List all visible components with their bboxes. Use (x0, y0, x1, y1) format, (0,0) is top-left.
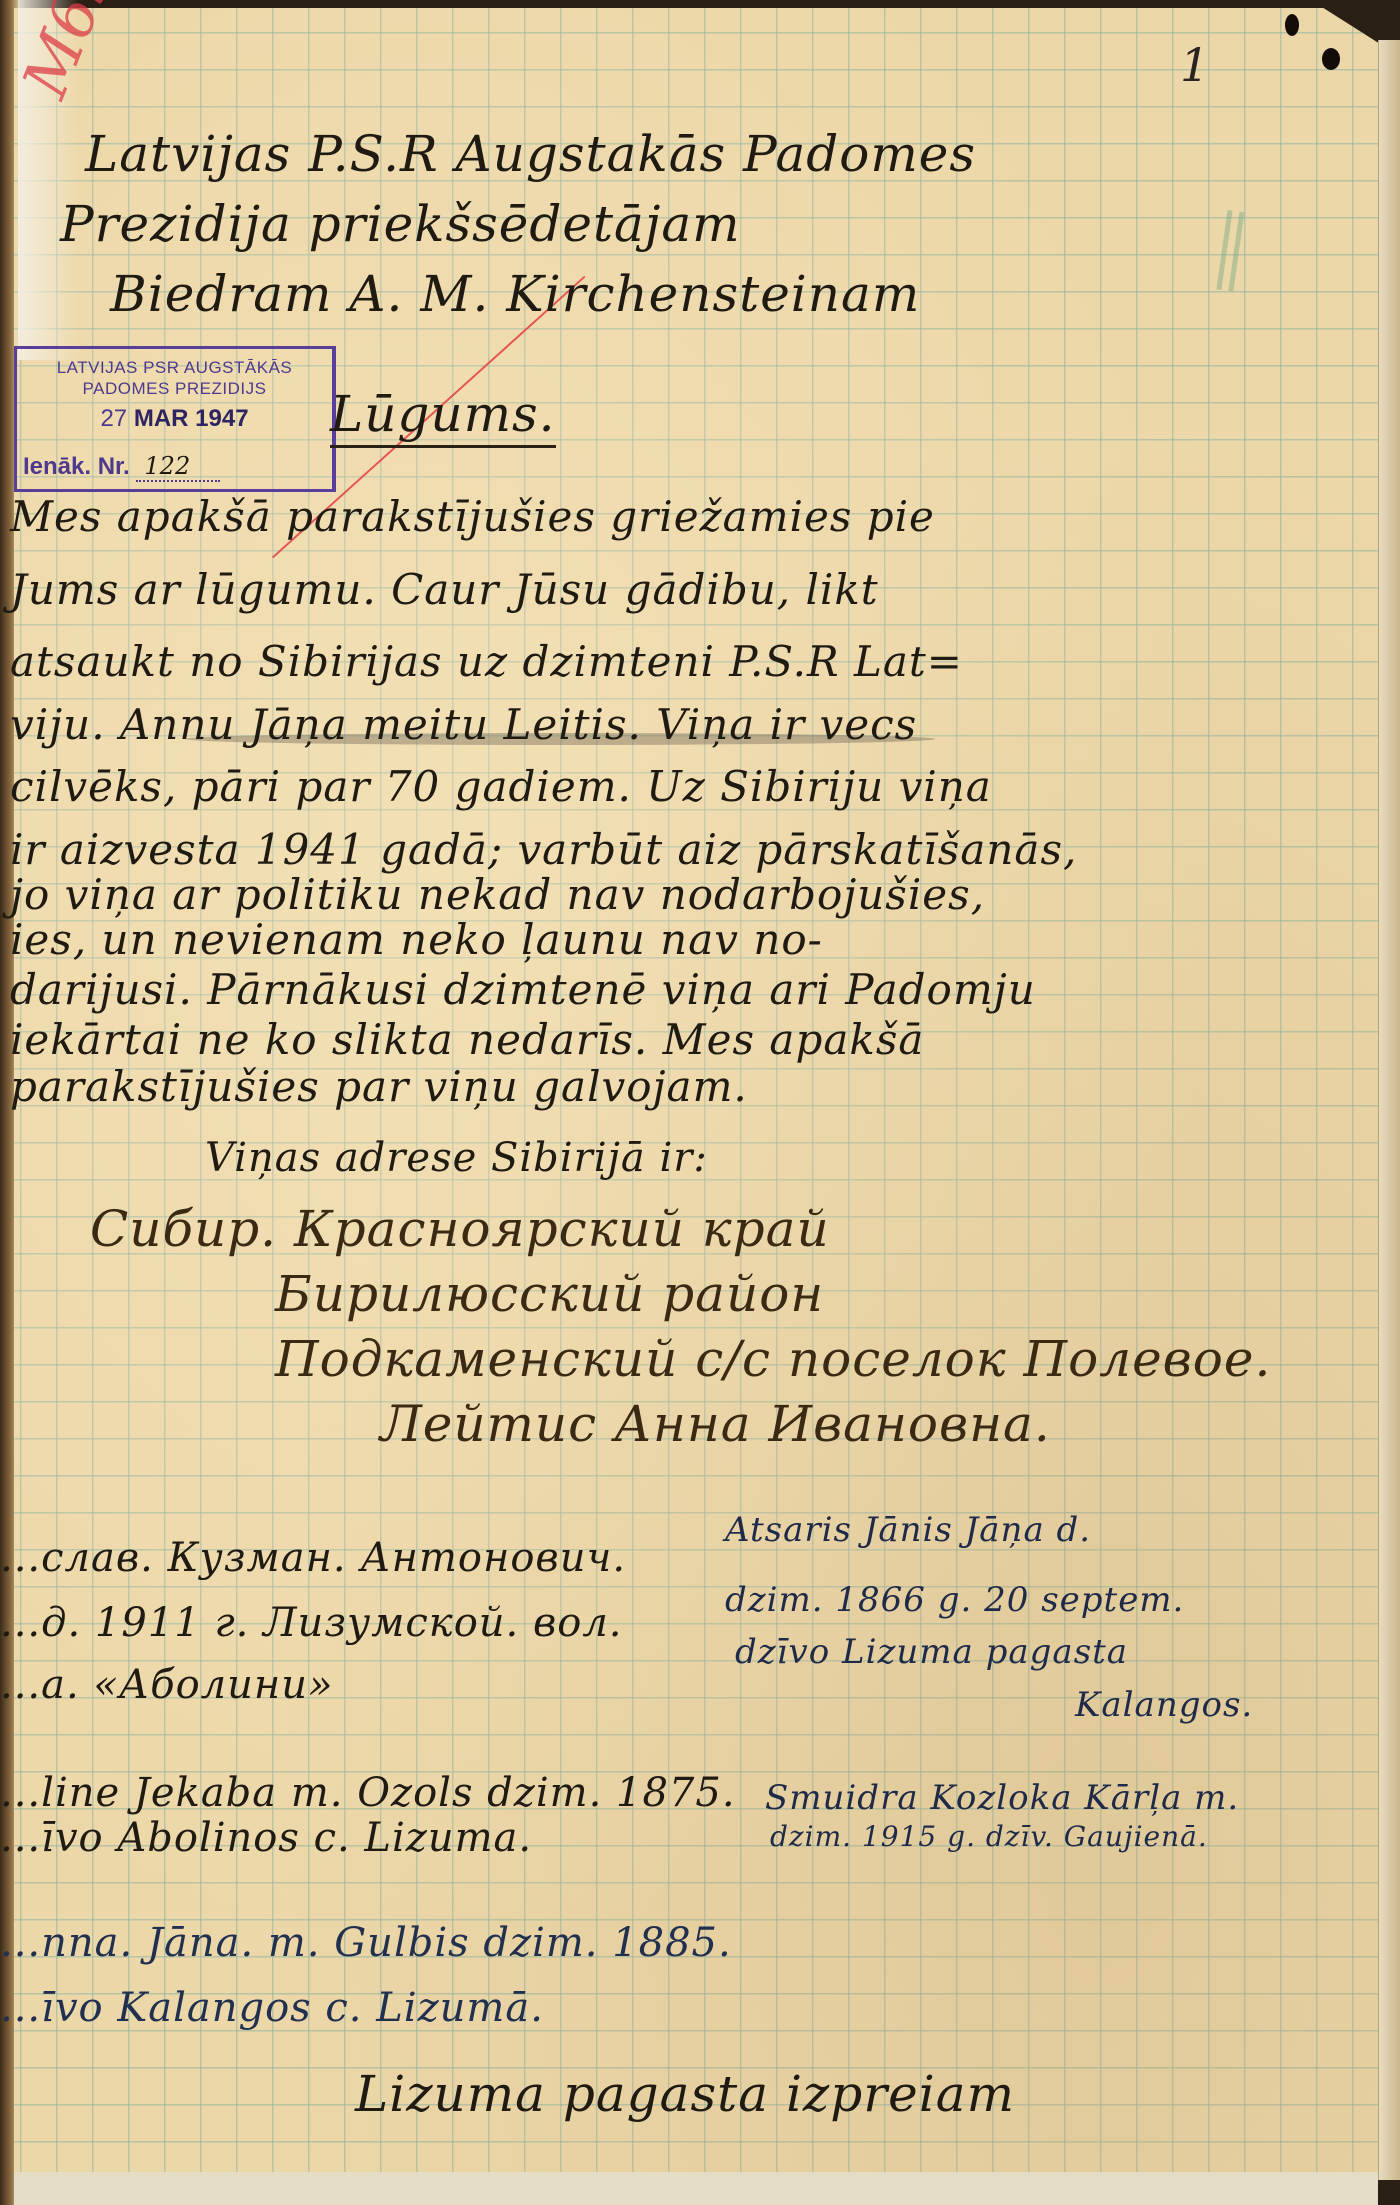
body-line: ies, un nevienam neko ļaunu nav no- (10, 915, 823, 964)
scanned-page: 1 M69x Latvijas P.S.R Augstakās Padomes … (0, 0, 1400, 2205)
stamp-day: 27 (100, 405, 127, 432)
body-line: Jums ar lūgumu. Caur Jūsu gādibu, likt (10, 565, 879, 614)
page-edge-right (1378, 40, 1400, 2180)
signature-left: ...nna. Jāna. m. Gulbis dzim. 1885. (0, 1920, 732, 1966)
signature-left: ...īvo Abolinos c. Lizuma. (0, 1815, 532, 1861)
body-line: Mes apakšā parakstījušies griežamies pie (10, 492, 935, 541)
signature-left: ...слав. Кузман. Антонович. (0, 1535, 626, 1581)
stamp-incoming-number: 122 (136, 452, 220, 482)
signature-right: dzim. 1915 g. dzīv. Gaujienā. (770, 1820, 1208, 1853)
signature-right: Atsaris Jānis Jāņa d. (725, 1510, 1091, 1550)
stamp-line-2: PADOMES PREZIDIJS (17, 378, 332, 399)
body-line: viju. Annu Jāņa meitu Leitis. Viņa ir ve… (10, 700, 917, 749)
signature-left: ...line Jekaba m. Ozols dzim. 1875. (0, 1770, 736, 1816)
signature-left: ...īvo Kalangos c. Lizumā. (0, 1985, 544, 2031)
russian-address-line: Бирилюсский район (275, 1265, 824, 1323)
signature-right: Smuidra Kozloka Kārļa m. (765, 1778, 1239, 1818)
russian-address-line: Лейтис Анна Ивановна. (380, 1395, 1051, 1453)
body-line: ir aizvesta 1941 gadā; varbūt aiz pārska… (10, 825, 1077, 874)
stamp-incoming: Ienāk. Nr. 122 (23, 452, 220, 481)
stamp-date: 27 MAR 1947 (17, 405, 332, 433)
body-line: jo viņa ar politiku nekad nav nodarbojuš… (10, 870, 985, 919)
body-line: darijusi. Pārnākusi dzimtenē viņa ari Pa… (10, 965, 1036, 1014)
signature-right: dzim. 1866 g. 20 septem. (725, 1580, 1184, 1620)
body-line: parakstījušies par viņu galvojam. (10, 1062, 748, 1111)
document-heading: Lūgums. (330, 385, 556, 448)
signature-right: dzīvo Lizuma pagasta (735, 1632, 1128, 1672)
address-line-1: Latvijas P.S.R Augstakās Padomes (85, 125, 976, 183)
signature-left: ...а. «Аболини» (0, 1662, 334, 1708)
address-line-2: Prezidija priekšsēdetājam (60, 195, 741, 253)
stamp-month: MAR (134, 405, 189, 432)
body-line: atsaukt no Sibirijas uz dzimteni P.S.R L… (10, 637, 963, 686)
russian-address-line: Сибир. Красноярский край (90, 1200, 830, 1258)
ink-blot-icon (1322, 48, 1340, 70)
stamp-incoming-label: Ienāk. Nr. (23, 453, 130, 480)
page-edge-bottom (14, 2172, 1378, 2205)
address-intro: Viņas adrese Sibirijā ir: (205, 1135, 708, 1181)
ink-blot-icon (1285, 14, 1299, 36)
footer-note: Lizuma pagasta izpreiam (355, 2065, 1015, 2123)
body-line: iekārtai ne ko slikta nedarīs. Mes apakš… (10, 1015, 924, 1064)
body-line: cilvēks, pāri par 70 gadiem. Uz Sibiriju… (10, 762, 992, 811)
page-number: 1 (1180, 38, 1209, 92)
stamp-line-1: LATVIJAS PSR AUGSTĀKĀS (17, 357, 332, 378)
stamp-year: 1947 (195, 405, 248, 432)
russian-address-line: Подкаменский с/с поселок Полевое. (275, 1330, 1271, 1388)
signature-left: ...д. 1911 г. Лизумской. вол. (0, 1600, 623, 1646)
registration-stamp: LATVIJAS PSR AUGSTĀKĀS PADOMES PREZIDIJS… (14, 346, 336, 492)
address-line-3: Biedram A. M. Kirchensteinam (110, 265, 920, 323)
signature-right: Kalangos. (1075, 1685, 1253, 1725)
